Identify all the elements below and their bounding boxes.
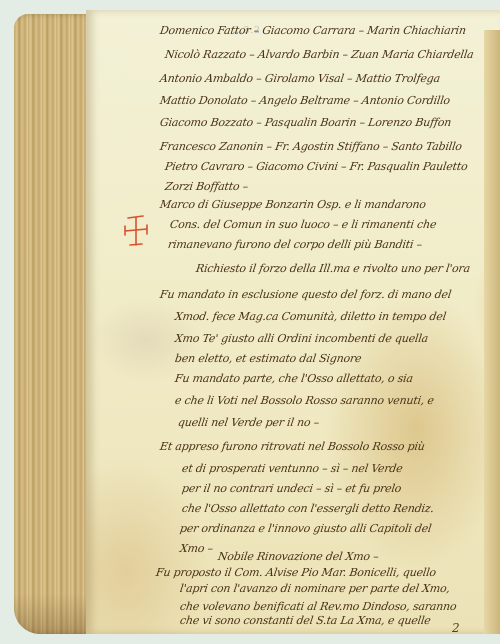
manuscript-line: l'apri con l'avanzo di nominare per part… [179, 582, 451, 595]
manuscript-line: Fu mandato in esclusione questo del forz… [159, 288, 452, 301]
manuscript-line: che volevano benificati al Rev.mo Dindos… [179, 600, 457, 613]
manuscript-line: per ordinanza e l'innovo giusto alli Cap… [179, 522, 432, 535]
manuscript-line: Domenico Fattor – Giacomo Carrara – Mari… [159, 24, 467, 37]
manuscript-line: Zorzi Boffatto – [164, 180, 249, 193]
manuscript-line: Xmod. fece Mag.ca Comunità, diletto in t… [174, 310, 447, 323]
manuscript-line: Nobile Rinovazione del Xmo – [217, 550, 379, 563]
manuscript-line: Nicolò Razzato – Alvardo Barbin – Zuan M… [164, 48, 474, 61]
manuscript-line: Antonio Ambaldo – Girolamo Visal – Matti… [159, 72, 441, 85]
manuscript-line: Francesco Zanonin – Fr. Agostin Stiffano… [159, 140, 463, 153]
manuscript-line: Marco di Giuseppe Bonzarin Osp. e li man… [159, 198, 427, 211]
manuscript-line: ben eletto, et estimato dal Signore [174, 352, 362, 365]
manuscript-line: rimanevano furono del corpo delli più Ba… [167, 238, 423, 251]
manuscript-line: Fu proposto il Com. Alvise Pio Mar. Boni… [155, 566, 437, 579]
manuscript-line: che l'Osso allettato con l'essergli dett… [181, 502, 435, 515]
manuscript-line: Giacomo Bozzato – Pasqualin Boarin – Lor… [159, 116, 452, 129]
handwritten-text-block: Domenico Fattor – Giacomo Carrara – Mari… [0, 0, 500, 644]
manuscript-line: Xmo – [179, 542, 214, 555]
manuscript-line: Et appreso furono ritrovati nel Bossolo … [159, 440, 425, 453]
manuscript-line: et di prosperati ventunno – sì – nel Ver… [181, 462, 403, 475]
manuscript-line: e che li Voti nel Bossolo Rosso saranno … [174, 394, 435, 407]
manuscript-line: che vi sono constanti del S.ta La Xma, e… [179, 614, 431, 627]
manuscript-line: quelli nel Verde per il no – [177, 416, 320, 429]
folio-mark: 2 [452, 621, 460, 635]
manuscript-line: Cons. del Comun in suo luoco – e li rima… [169, 218, 437, 231]
manuscript-line: Mattio Donolato – Angelo Beltrame – Anto… [159, 94, 451, 107]
manuscript-line: Pietro Cavraro – Giacomo Civini – Fr. Pa… [164, 160, 468, 173]
manuscript-line: Fu mandato parte, che l'Osso allettato, … [174, 372, 414, 385]
manuscript-line: Xmo Te' giusto alli Ordini incombenti de… [174, 332, 429, 345]
manuscript-line: Richiesto il forzo della Ill.ma e rivolt… [195, 262, 471, 275]
manuscript-line: per il no contrari undeci – sì – et fu p… [181, 482, 402, 495]
